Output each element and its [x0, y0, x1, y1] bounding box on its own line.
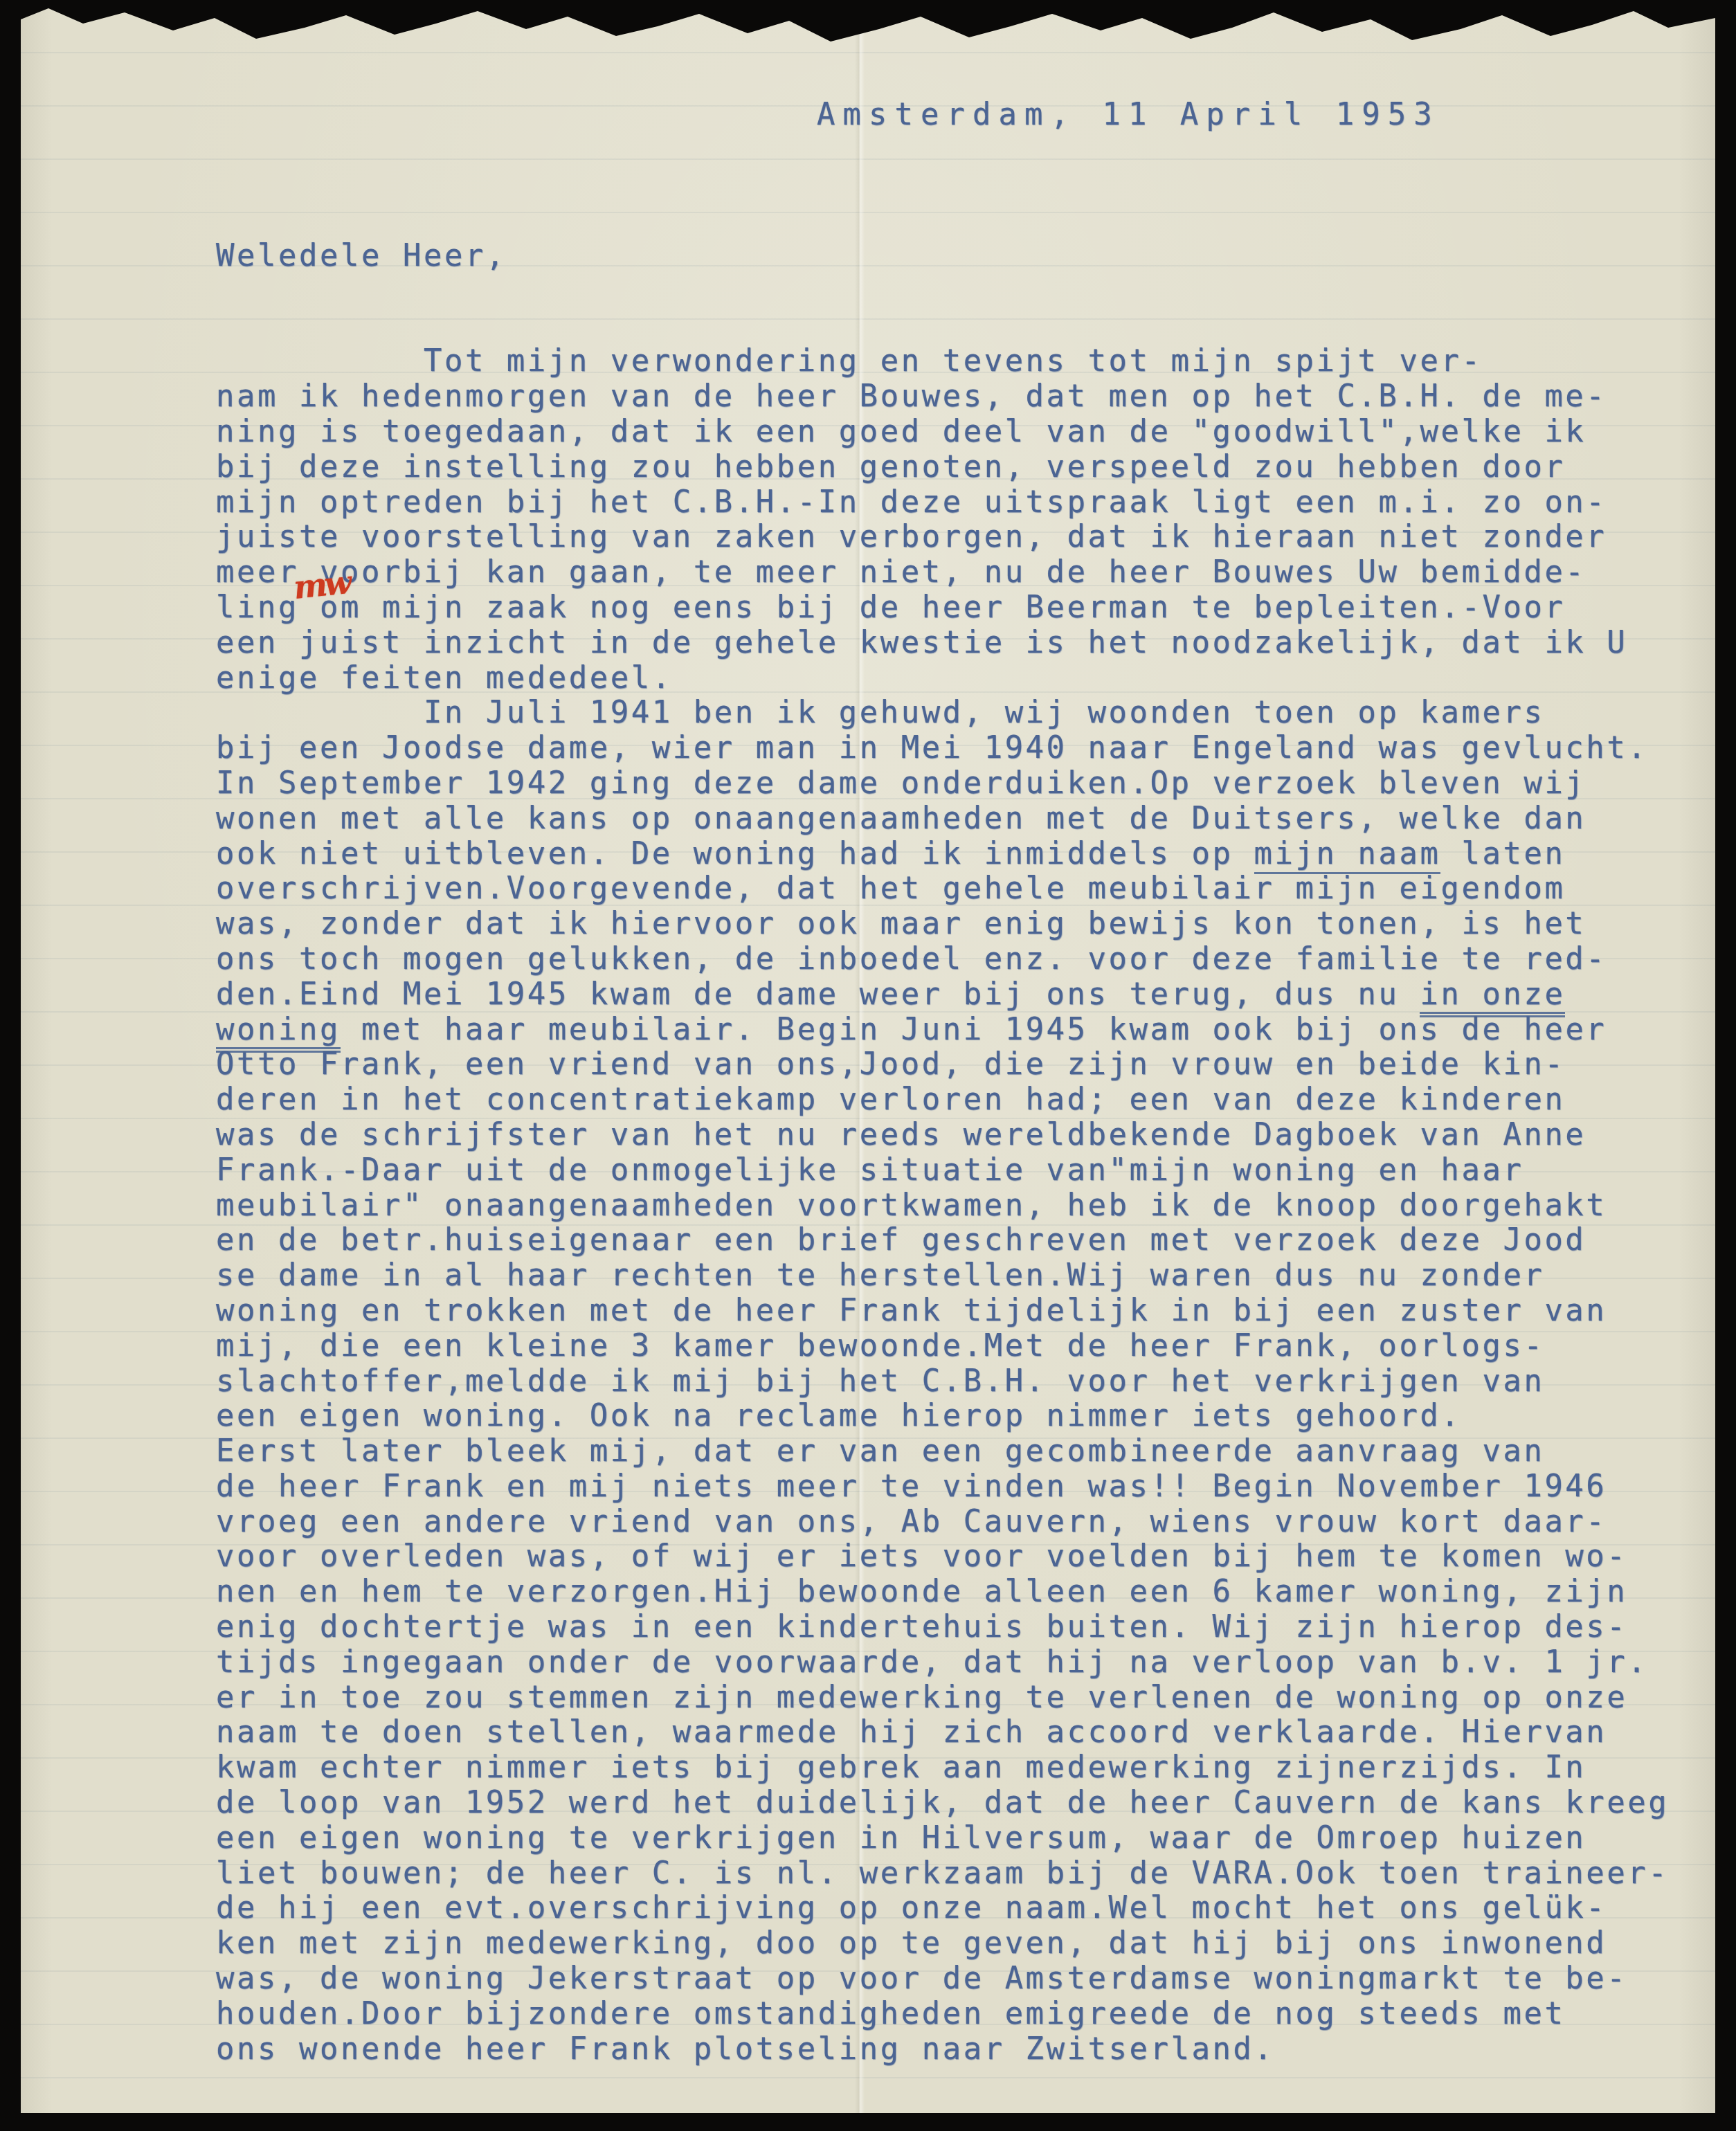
dateline: Amsterdam, 11 April 1953 [817, 97, 1440, 132]
letter-text: een eigen woning te verkrijgen in Hilver… [216, 1820, 1586, 1856]
letter-line: een juist inzicht in de gehele kwestie i… [216, 626, 1711, 661]
letter-line: mij, die een kleine 3 kamer bewoonde.Met… [216, 1329, 1711, 1364]
letter-line: was, zonder dat ik hiervoor ook maar eni… [216, 907, 1711, 942]
letter-line: deren in het concentratiekamp verloren h… [216, 1082, 1711, 1118]
letter-text: laten [1440, 836, 1565, 871]
letter-text: en de betr.huiseigenaar een brief geschr… [216, 1222, 1586, 1258]
letter-line: vroeg een andere vriend van ons, Ab Cauv… [216, 1505, 1711, 1540]
letter-text: Eerst later bleek mij, dat er van een ge… [216, 1433, 1544, 1469]
letter-text: was de schrijfster van het nu reeds were… [216, 1117, 1586, 1152]
letter-line: meubilair" onaangenaamheden voortkwamen,… [216, 1188, 1711, 1224]
letter-line: ons toch mogen gelukken, de inboedel enz… [216, 942, 1711, 977]
letter-text: overschrijven.Voorgevende, dat het gehel… [216, 871, 1565, 906]
letter-line: ning is toegedaan, dat ik een goed deel … [216, 415, 1711, 450]
letter-line: enig dochtertje was in een kindertehuis … [216, 1610, 1711, 1645]
letter-line: In September 1942 ging deze dame onderdu… [216, 766, 1711, 801]
letter-text: Weledele Heer, [216, 238, 507, 273]
letter-line: de hij een evt.overschrijving op onze na… [216, 1891, 1711, 1926]
letter-line: mijn optreden bij het C.B.H.-In deze uit… [216, 485, 1711, 520]
scan-background: Amsterdam, 11 April 1953 Weledele Heer, … [0, 0, 1736, 2131]
letter-text: meubilair" onaangenaamheden voortkwamen,… [216, 1188, 1607, 1223]
letter-line: bij een Joodse dame, wier man in Mei 194… [216, 731, 1711, 766]
letter-line: bij deze instelling zou hebben genoten, … [216, 450, 1711, 485]
letter-text: was, de woning Jekerstraat op voor de Am… [216, 1961, 1627, 1996]
letter-text: Tot mijn verwondering en tevens tot mijn… [216, 343, 1482, 379]
letter-line: enige feiten mededeel. [216, 661, 1711, 696]
letter-line: liet bouwen; de heer C. is nl. werkzaam … [216, 1856, 1711, 1892]
letter-line: overschrijven.Voorgevende, dat het gehel… [216, 871, 1711, 907]
letter-line [216, 274, 1711, 309]
letter-line: juiste voorstelling van zaken verborgen,… [216, 520, 1711, 555]
letter-line: se dame in al haar rechten te herstellen… [216, 1258, 1711, 1294]
letter-text: Otto Frank, een vriend van ons,Jood, die… [216, 1046, 1565, 1082]
letter-text: voor overleden was, of wij er iets voor … [216, 1539, 1627, 1574]
letter-text: een eigen woning. Ook na reclame hierop … [216, 1398, 1461, 1433]
letter-text: een juist inzicht in de gehele kwestie i… [216, 625, 1627, 660]
letter-line: Weledele Heer, [216, 239, 1711, 274]
letter-line: was de schrijfster van het nu reeds were… [216, 1118, 1711, 1153]
letter-text: In Juli 1941 ben ik gehuwd, wij woonden … [216, 695, 1544, 730]
letter-line: ons wonende heer Frank plotseling naar Z… [216, 2032, 1711, 2067]
letter-text: ommw [320, 590, 361, 625]
letter-text: houden.Door bijzondere omstandigheden em… [216, 1996, 1565, 2031]
letter-line: ling ommw mijn zaak nog eens bij de heer… [216, 590, 1711, 626]
letter-text: ook niet uitbleven. De woning had ik inm… [216, 836, 1254, 871]
letter-text: In September 1942 ging deze dame onderdu… [216, 765, 1586, 801]
letter-text: liet bouwen; de heer C. is nl. werkzaam … [216, 1856, 1669, 1891]
letter-text: kwam echter nimmer iets bij gebrek aan m… [216, 1750, 1586, 1785]
letter-line: Eerst later bleek mij, dat er van een ge… [216, 1434, 1711, 1469]
letter-text: den.Eind Mei 1945 kwam de dame weer bij … [216, 977, 1420, 1012]
letter-text: enig dochtertje was in een kindertehuis … [216, 1609, 1627, 1644]
letter-text: bij deze instelling zou hebben genoten, … [216, 449, 1565, 484]
letter-line: er in toe zou stemmen zijn medewerking t… [216, 1680, 1711, 1716]
letter-line: houden.Door bijzondere omstandigheden em… [216, 1997, 1711, 2032]
letter-text: mij, die een kleine 3 kamer bewoonde.Met… [216, 1328, 1544, 1363]
letter-text: Frank.-Daar uit de onmogelijke situatie … [216, 1152, 1523, 1188]
letter-line: was, de woning Jekerstraat op voor de Am… [216, 1961, 1711, 1997]
letter-text: er in toe zou stemmen zijn medewerking t… [216, 1680, 1627, 1715]
letter-line: en de betr.huiseigenaar een brief geschr… [216, 1223, 1711, 1258]
letter-text: ons wonende heer Frank plotseling naar Z… [216, 2031, 1275, 2067]
letter-line: woning en trokken met de heer Frank tijd… [216, 1294, 1711, 1329]
letter-text: tijds ingegaan onder de voorwaarde, dat … [216, 1644, 1648, 1680]
letter-line: meer voorbij kan gaan, te meer niet, nu … [216, 555, 1711, 590]
letter-line: tijds ingegaan onder de voorwaarde, dat … [216, 1645, 1711, 1680]
letter-text: met haar meubilair. Begin Juni 1945 kwam… [341, 1012, 1607, 1047]
letter-text: enige feiten mededeel. [216, 660, 673, 696]
letter-paper: Amsterdam, 11 April 1953 Weledele Heer, … [21, 0, 1715, 2113]
letter-line: woning met haar meubilair. Begin Juni 19… [216, 1013, 1711, 1048]
torn-paper-edge [21, 0, 1715, 48]
letter-text: woning en trokken met de heer Frank tijd… [216, 1293, 1607, 1328]
letter-line: den.Eind Mei 1945 kwam de dame weer bij … [216, 977, 1711, 1013]
letter-line: naam te doen stellen, waarmede hij zich … [216, 1715, 1711, 1750]
letter-text: wonen met alle kans op onaangenaamheden … [216, 801, 1586, 836]
letter-text: ons toch mogen gelukken, de inboedel enz… [216, 941, 1607, 977]
letter-line: nam ik hedenmorgen van de heer Bouwes, d… [216, 379, 1711, 415]
letter-text: vroeg een andere vriend van ons, Ab Cauv… [216, 1504, 1607, 1539]
letter-line [216, 309, 1711, 345]
letter-line: de heer Frank en mij niets meer te vinde… [216, 1469, 1711, 1505]
letter-line: voor overleden was, of wij er iets voor … [216, 1539, 1711, 1575]
letter-text: de heer Frank en mij niets meer te vinde… [216, 1469, 1607, 1504]
letter-text: juiste voorstelling van zaken verborgen,… [216, 519, 1607, 554]
letter-line: Tot mijn verwondering en tevens tot mijn… [216, 344, 1711, 379]
red-handwritten-insertion: mw [292, 566, 351, 604]
letter-line: In Juli 1941 ben ik gehuwd, wij woonden … [216, 696, 1711, 731]
letter-text: deren in het concentratiekamp verloren h… [216, 1082, 1565, 1117]
letter-line: de loop van 1952 werd het duidelijk, dat… [216, 1786, 1711, 1821]
letter-text: de hij een evt.overschrijving op onze na… [216, 1890, 1607, 1925]
letter-text: was, zonder dat ik hiervoor ook maar eni… [216, 906, 1586, 941]
letter-text: ken met zijn medewerking, doo op te geve… [216, 1925, 1607, 1961]
letter-line: Otto Frank, een vriend van ons,Jood, die… [216, 1047, 1711, 1082]
letter-text: slachtoffer,meldde ik mij bij het C.B.H.… [216, 1363, 1544, 1399]
letter-text: nam ik hedenmorgen van de heer Bouwes, d… [216, 379, 1607, 414]
letter-line: wonen met alle kans op onaangenaamheden … [216, 801, 1711, 837]
letter-line: een eigen woning te verkrijgen in Hilver… [216, 1821, 1711, 1856]
underlined-text: mijn naam [1254, 836, 1441, 874]
letter-text: se dame in al haar rechten te herstellen… [216, 1258, 1544, 1293]
letter-text: nen en hem te verzorgen.Hij bewoonde all… [216, 1574, 1627, 1609]
letter-line: kwam echter nimmer iets bij gebrek aan m… [216, 1750, 1711, 1786]
letter-text: de loop van 1952 werd het duidelijk, dat… [216, 1785, 1669, 1820]
letter-text: meer voorbij kan gaan, te meer niet, nu … [216, 554, 1586, 590]
letter-text: mijn optreden bij het C.B.H.-In deze uit… [216, 484, 1607, 520]
letter-text: bij een Joodse dame, wier man in Mei 194… [216, 730, 1648, 765]
letter-line: slachtoffer,meldde ik mij bij het C.B.H.… [216, 1364, 1711, 1399]
letter-text: naam te doen stellen, waarmede hij zich … [216, 1714, 1607, 1750]
letter-line: Frank.-Daar uit de onmogelijke situatie … [216, 1153, 1711, 1188]
letter-line: een eigen woning. Ook na reclame hierop … [216, 1399, 1711, 1434]
letter-text: ning is toegedaan, dat ik een goed deel … [216, 414, 1586, 449]
letter-line: ken met zijn medewerking, doo op te geve… [216, 1926, 1711, 1961]
letter-body: Weledele Heer, Tot mijn verwondering en … [216, 239, 1711, 2067]
letter-line: nen en hem te verzorgen.Hij bewoonde all… [216, 1575, 1711, 1610]
letter-text: mijn zaak nog eens bij de heer Beerman t… [361, 590, 1565, 625]
letter-line: ook niet uitbleven. De woning had ik inm… [216, 837, 1711, 872]
